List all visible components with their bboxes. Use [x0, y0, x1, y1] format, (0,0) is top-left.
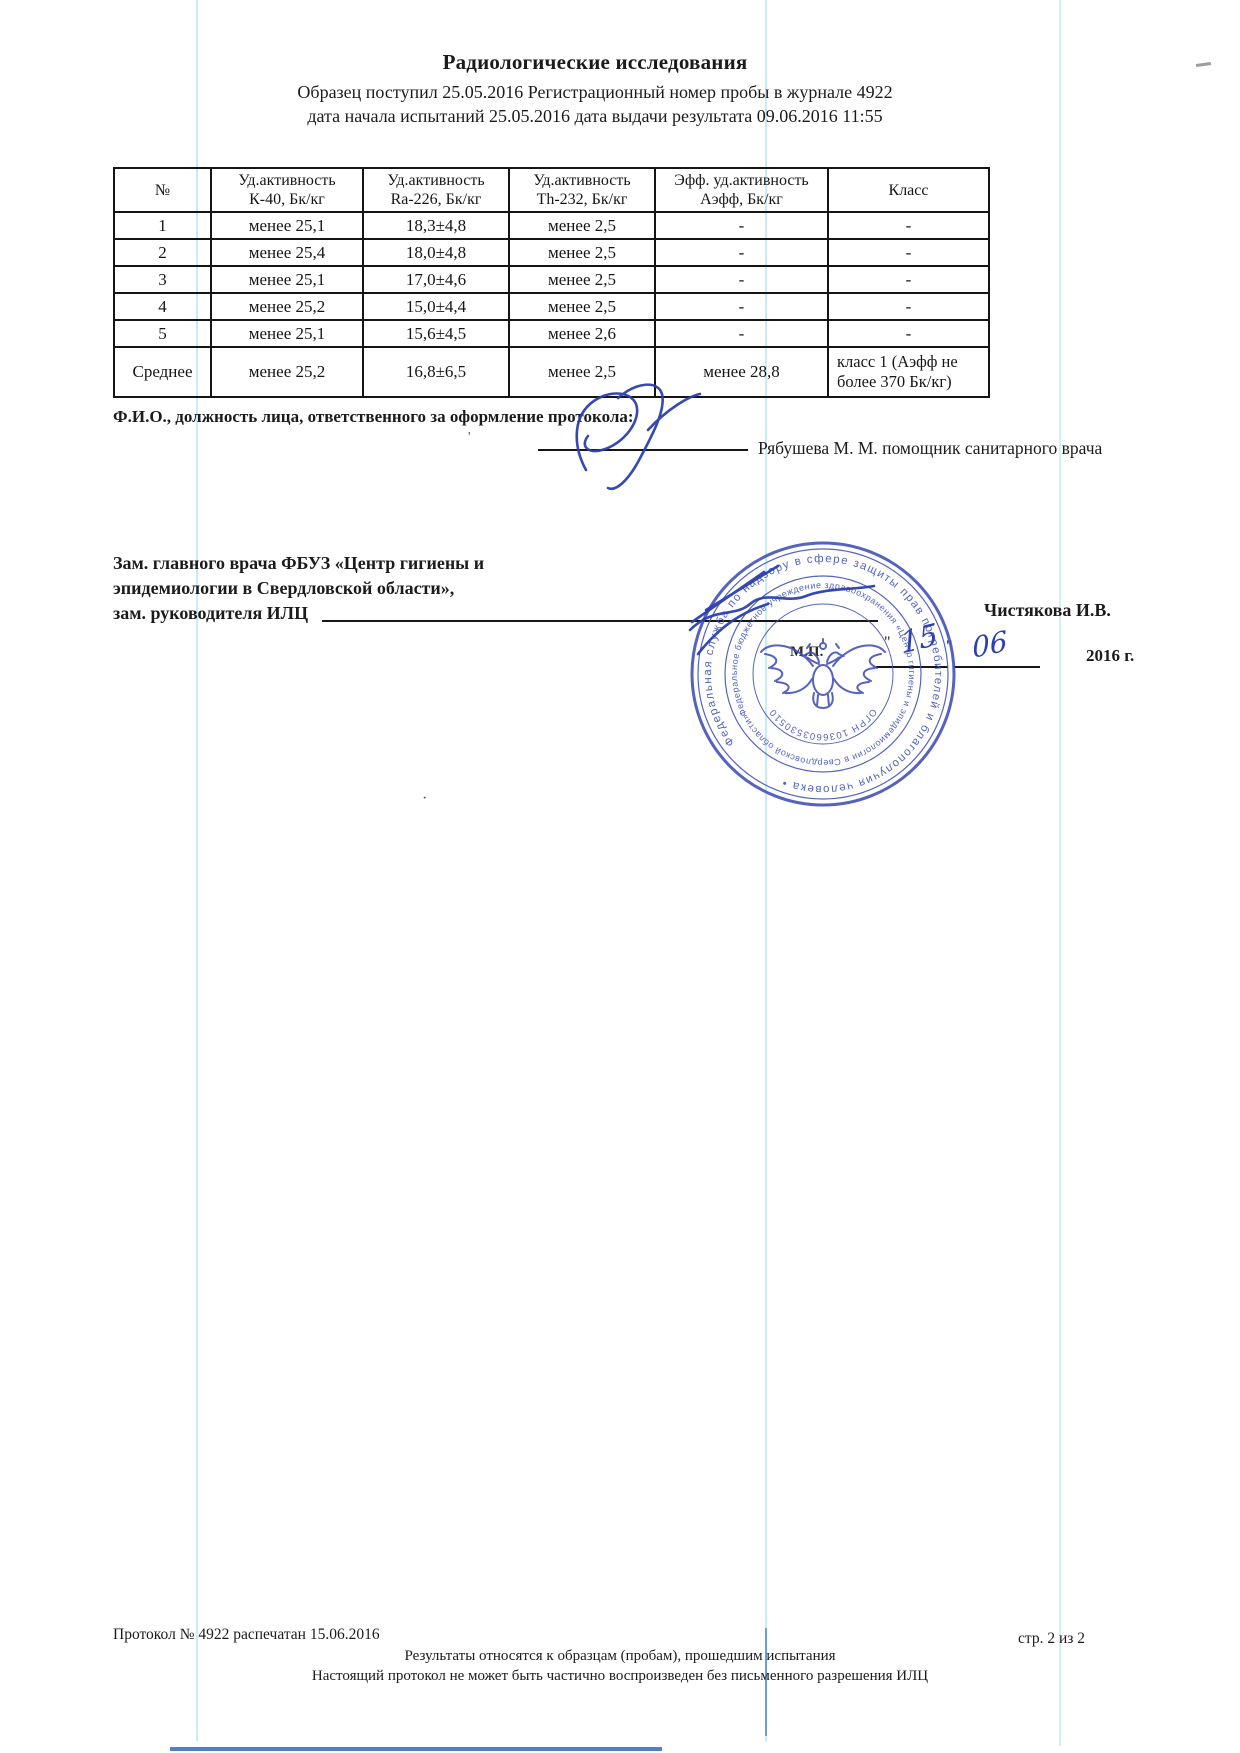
cell: - [828, 266, 989, 293]
table-header-row: № Уд.активность К-40, Бк/кг Уд.активност… [114, 168, 989, 212]
cell: менее 2,5 [509, 347, 655, 397]
subtitle-line-2: дата начала испытаний 25.05.2016 дата вы… [60, 104, 1130, 128]
cell: - [655, 212, 828, 239]
scan-line-right [1059, 0, 1061, 1746]
cell: - [655, 266, 828, 293]
col-header-ra226: Уд.активность Ra-226, Бк/кг [363, 168, 509, 212]
svg-text:Федеральное бюджетное учрежден: Федеральное бюджетное учреждение здравоо… [696, 547, 950, 801]
col-header-k40: Уд.активность К-40, Бк/кг [211, 168, 363, 212]
cell: менее 2,6 [509, 320, 655, 347]
class-cell: класс 1 (Аэфф не более 370 Бк/кг) [828, 347, 989, 397]
table-row: 5 менее 25,1 15,6±4,5 менее 2,6 - - [114, 320, 989, 347]
cell: менее 25,4 [211, 239, 363, 266]
scan-speck: ' [468, 430, 471, 446]
date-year: 2016 г. [1086, 646, 1134, 666]
cell: 18,3±4,8 [363, 212, 509, 239]
cell: менее 25,1 [211, 266, 363, 293]
cell: 3 [114, 266, 211, 293]
stamp-middle-ring-text: Федеральное бюджетное учреждение здравоо… [696, 547, 950, 801]
stamp-ogrn-text: ОГРН 1036603530510 [767, 706, 878, 742]
signature-line-1 [538, 449, 748, 451]
cell: - [828, 320, 989, 347]
official-round-stamp: Федеральная служба по надзору в сфере за… [689, 540, 957, 808]
table-row: 2 менее 25,4 18,0±4,8 менее 2,5 - - [114, 239, 989, 266]
cell: менее 25,2 [211, 347, 363, 397]
table-row: 3 менее 25,1 17,0±4,6 менее 2,5 - - [114, 266, 989, 293]
approver-position: Зам. главного врача ФБУЗ «Центр гигиены … [113, 551, 484, 626]
cell: 18,0±4,8 [363, 239, 509, 266]
col-header-aeff: Эфф. уд.активность Аэфф, Бк/кг [655, 168, 828, 212]
handwritten-month: 06 [971, 624, 1008, 665]
cell: 17,0±4,6 [363, 266, 509, 293]
cell: Среднее [114, 347, 211, 397]
cell: - [655, 293, 828, 320]
col-header-th232: Уд.активность Th-232, Бк/кг [509, 168, 655, 212]
scan-speck: · [422, 790, 427, 808]
col-header-class: Класс [828, 168, 989, 212]
subtitle-line-1: Образец поступил 25.05.2016 Регистрацион… [60, 80, 1130, 104]
cell: 5 [114, 320, 211, 347]
date-month-underline [954, 666, 1040, 668]
table-average-row: Среднее менее 25,2 16,8±6,5 менее 2,5 ме… [114, 347, 989, 397]
approver-position-line1: Зам. главного врача ФБУЗ «Центр гигиены … [113, 551, 484, 576]
results-table: № Уд.активность К-40, Бк/кг Уд.активност… [113, 167, 990, 398]
footer-page-number: стр. 2 из 2 [1018, 1630, 1085, 1648]
footer-protocol-number: Протокол № 4922 распечатан 15.06.2016 [113, 1626, 380, 1644]
cell: 4 [114, 293, 211, 320]
stamp-text: Федеральная служба по надзору в сфере за… [689, 540, 957, 808]
cell: 15,6±4,5 [363, 320, 509, 347]
cell: менее 2,5 [509, 266, 655, 293]
cell: - [655, 239, 828, 266]
cell: менее 2,5 [509, 239, 655, 266]
cell: - [828, 239, 989, 266]
approver-position-line2: эпидемиологии в Свердловской области», [113, 576, 484, 601]
page-title: Радиологические исследования [60, 50, 1130, 75]
scanned-protocol-page: ' · Радиологические исследования Образец… [0, 0, 1240, 1753]
table-row: 1 менее 25,1 18,3±4,8 менее 2,5 - - [114, 212, 989, 239]
responsible-signature [577, 385, 700, 489]
cell: менее 2,5 [509, 212, 655, 239]
cell: менее 25,2 [211, 293, 363, 320]
table-row: 4 менее 25,2 15,0±4,4 менее 2,5 - - [114, 293, 989, 320]
cell: 2 [114, 239, 211, 266]
cell: менее 2,5 [509, 293, 655, 320]
cell: 1 [114, 212, 211, 239]
footer-note-2: Настоящий протокол не может быть частичн… [100, 1668, 1140, 1685]
scan-bottom-blue-line [170, 1747, 662, 1751]
cell: 16,8±6,5 [363, 347, 509, 397]
cell: - [828, 212, 989, 239]
responsible-label: Ф.И.О., должность лица, ответственного з… [113, 407, 634, 427]
cell: менее 28,8 [655, 347, 828, 397]
approver-position-line3: зам. руководителя ИЛЦ [113, 601, 484, 626]
footer-note-1: Результаты относятся к образцам (пробам)… [100, 1648, 1140, 1665]
approver-name: Чистякова И.В. [984, 600, 1111, 621]
cell: - [655, 320, 828, 347]
svg-text:ОГРН 1036603530510: ОГРН 1036603530510 [767, 706, 878, 742]
cell: менее 25,1 [211, 212, 363, 239]
cell: - [828, 293, 989, 320]
responsible-name: Рябушева М. М. помощник санитарного врач… [758, 438, 1102, 459]
cell: 15,0±4,4 [363, 293, 509, 320]
stamp-eagle-emblem [761, 639, 885, 708]
scan-dash-artifact [1196, 62, 1211, 67]
document-header: Радиологические исследования Образец пос… [60, 50, 1130, 128]
cell: менее 25,1 [211, 320, 363, 347]
col-header-number: № [114, 168, 211, 212]
